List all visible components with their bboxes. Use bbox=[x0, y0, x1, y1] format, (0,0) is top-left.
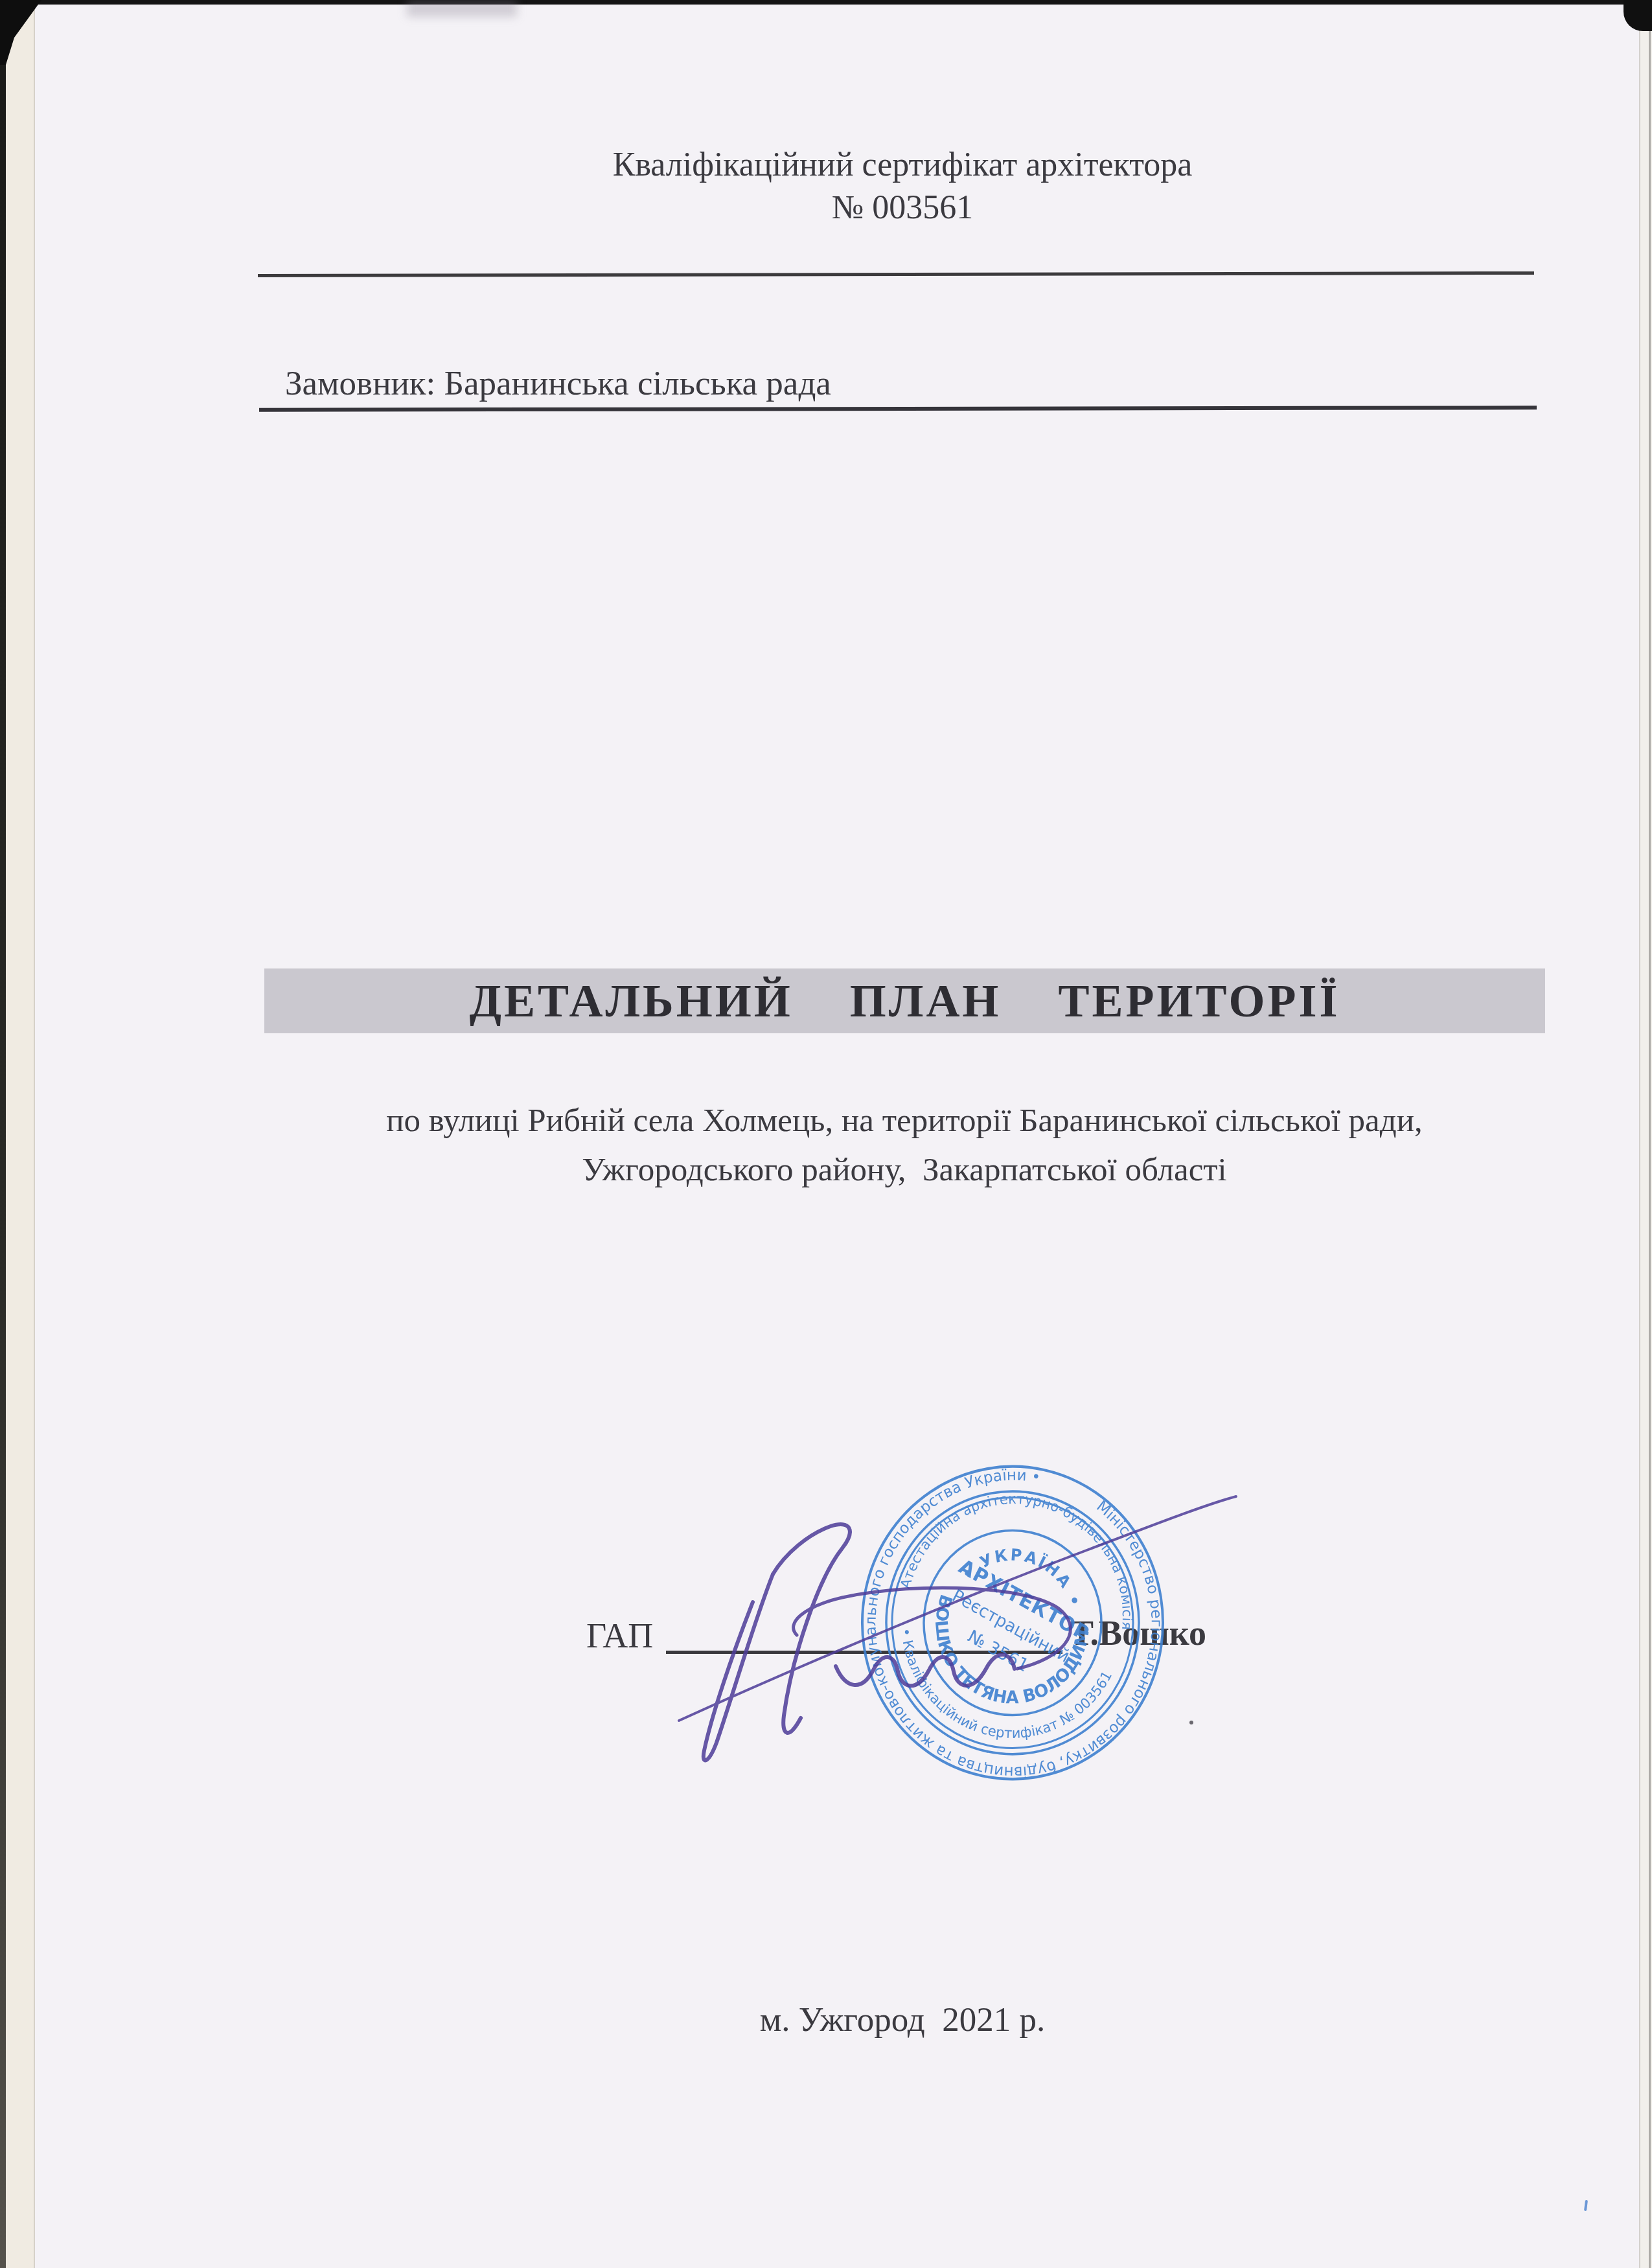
subtitle-line1: по вулиці Рибній села Холмець, на терито… bbox=[258, 1096, 1551, 1145]
client-line: Замовник: Баранинська сільська рада bbox=[285, 364, 831, 403]
scanned-document-page: Кваліфікаційний сертифікат архітектора №… bbox=[0, 0, 1652, 2268]
horizontal-rule-top bbox=[258, 271, 1534, 277]
signature-stroke-initial bbox=[704, 1574, 773, 1760]
certificate-number: № 003561 bbox=[258, 188, 1547, 228]
footer-city-year: м. Ужгород 2021 р. bbox=[258, 2000, 1547, 2039]
scan-artifact-blue-dash bbox=[1584, 2200, 1588, 2211]
certificate-header-line1: Кваліфікаційний сертифікат архітектора bbox=[258, 145, 1547, 185]
scan-artifact-right-dark-line bbox=[1649, 26, 1651, 2268]
scan-artifact-left-black-edge bbox=[0, 0, 6, 2268]
document-title: ДЕТАЛЬНИЙ ПЛАН ТЕРИТОРІЇ bbox=[264, 968, 1545, 1033]
signature-role-label: ГАП bbox=[586, 1616, 653, 1656]
subtitle-line2: Ужгородського району, Закарпатської обла… bbox=[258, 1145, 1551, 1195]
architect-seal-stamp: Міністерство регіонального розвитку, буд… bbox=[818, 1422, 1207, 1824]
scan-artifact-paper-edge-left bbox=[6, 0, 35, 2268]
scan-artifact-topright-corner bbox=[1623, 0, 1652, 31]
scan-artifact-smudge bbox=[407, 0, 517, 17]
scan-artifact-top-strip bbox=[0, 0, 1652, 5]
client-underline bbox=[259, 406, 1537, 411]
